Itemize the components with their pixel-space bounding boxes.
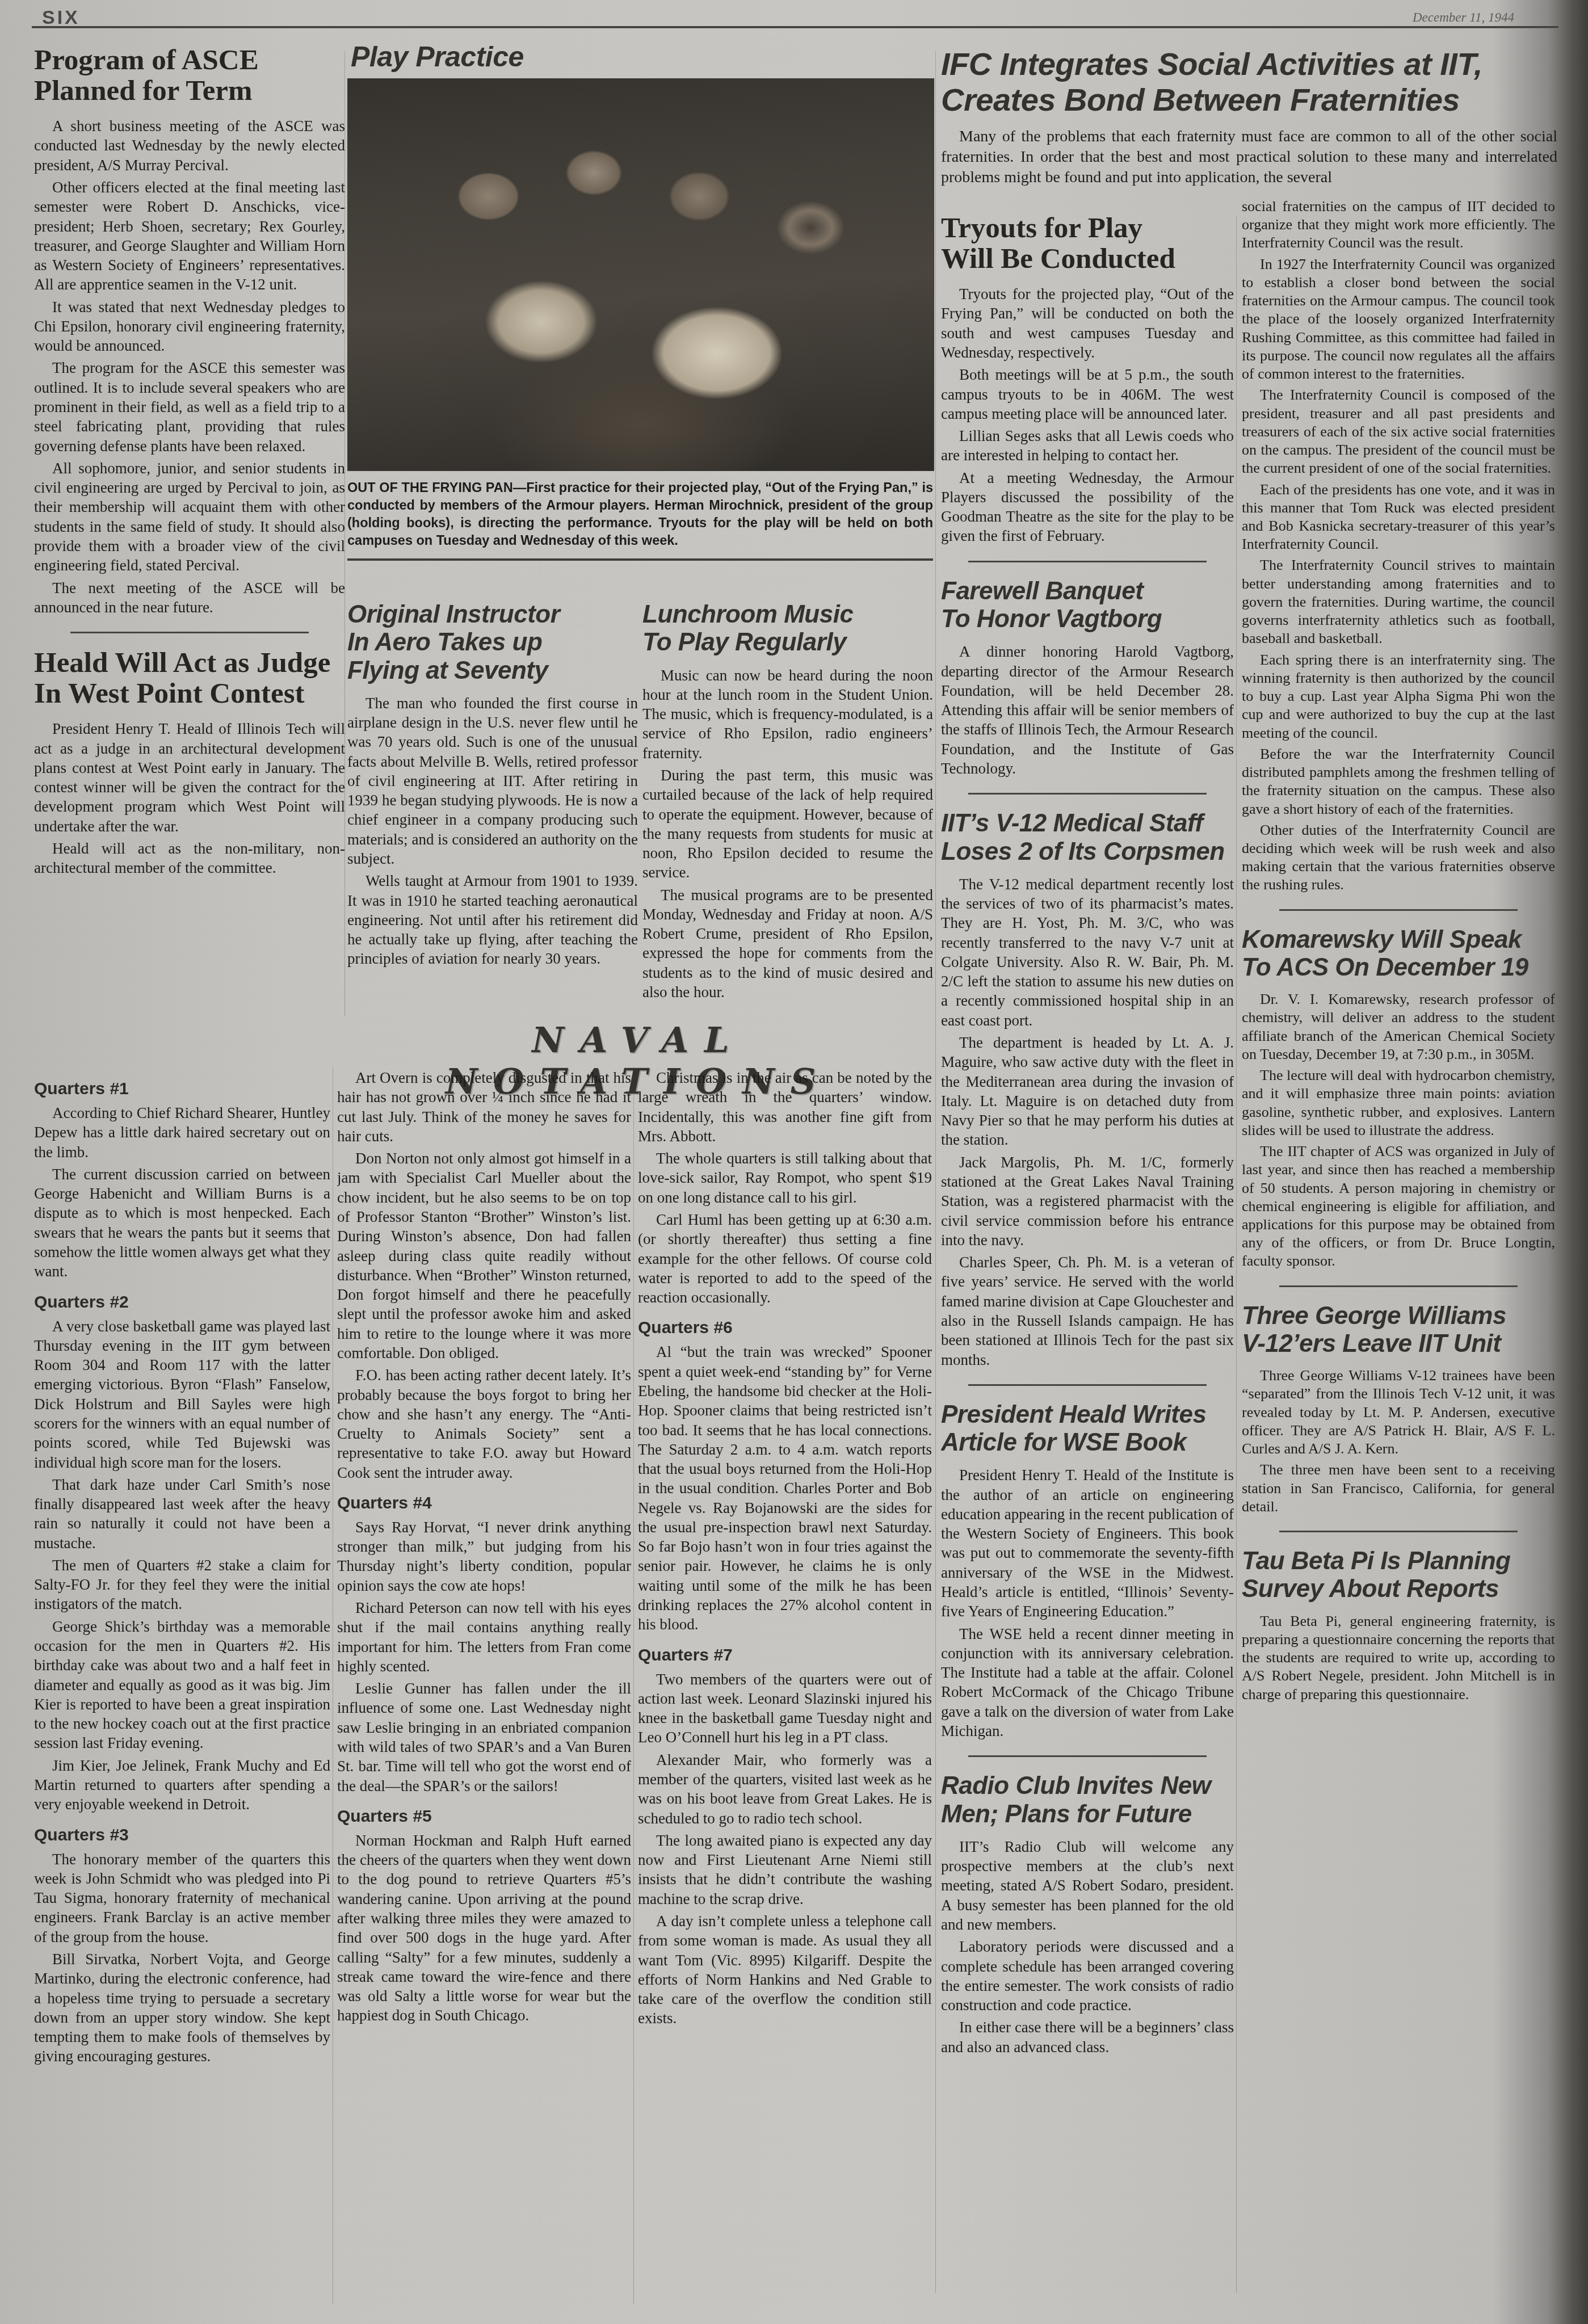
article-title: IFC Integrates Social Activities at IIT,… [941, 47, 1557, 117]
paragraph: social fraternities on the campus of IIT… [1242, 197, 1555, 253]
newspaper-page: SIX December 11, 1944 Program of ASCE Pl… [0, 0, 1588, 2324]
quarters-body: The honorary member of the quarters this… [34, 1850, 330, 2066]
column-rule [333, 1067, 333, 2304]
paragraph: Other officers elected at the final meet… [34, 178, 345, 295]
paragraph: Heald will act as the non-military, non-… [34, 839, 345, 878]
paragraph: The lecture will deal with hydrocarbon c… [1242, 1066, 1555, 1140]
column-rule [1236, 216, 1237, 2293]
article-body: The V-12 medical department recently los… [941, 875, 1234, 1369]
column-rule [935, 51, 936, 2293]
paragraph: A dinner honoring Harold Vagtborg, depar… [941, 642, 1234, 778]
paragraph: Jim Kier, Joe Jelinek, Frank Muchy and E… [34, 1756, 330, 1814]
article-heald-judge: Heald Will Act as Judge In West Point Co… [34, 648, 345, 877]
paragraph: The musical programs are to be presented… [642, 885, 933, 1002]
column-rule [633, 1067, 634, 2304]
paragraph: President Henry T. Heald of the Institut… [941, 1465, 1234, 1621]
photo-caption: OUT OF THE FRYING PAN—First practice for… [347, 479, 933, 549]
article-title: Tryouts for Play Will Be Conducted [941, 213, 1234, 274]
article-title: Tau Beta Pi Is Planning Survey About Rep… [1242, 1547, 1555, 1603]
article-body: President Henry T. Heald of Illinois Tec… [34, 719, 345, 877]
paragraph: The men of Quarters #2 stake a claim for… [34, 1556, 330, 1614]
paragraph: Both meetings will be at 5 p.m., the sou… [941, 365, 1234, 423]
article-body: Tryouts for the projected play, “Out of … [941, 284, 1234, 546]
paragraph: The three men have been sent to a receiv… [1242, 1461, 1555, 1516]
quarters-body: Norman Hockman and Ralph Huft earned the… [337, 1831, 631, 2025]
paragraph: The Interfraternity Council strives to m… [1242, 556, 1555, 648]
article-title: President Heald Writes Article for WSE B… [941, 1401, 1234, 1457]
article-komarewsky: Komarewsky Will Speak To ACS On December… [1242, 926, 1555, 1271]
article-body: IIT’s Radio Club will welcome any prospe… [941, 1837, 1234, 2057]
article-asce: Program of ASCE Planned for Term A short… [34, 45, 345, 617]
naval-column-1: Quarters #1 According to Chief Richard S… [34, 1068, 330, 2311]
original-instructor-column: Original Instructor In Aero Takes up Fly… [347, 600, 638, 1022]
article-original-instructor: Original Instructor In Aero Takes up Fly… [347, 600, 638, 969]
article-divider [968, 561, 1207, 562]
article-tau-beta-pi: Tau Beta Pi Is Planning Survey About Rep… [1242, 1547, 1555, 1704]
paragraph: George Shick’s birthday was a memorable … [34, 1617, 330, 1753]
quarters-body: Says Ray Horvat, “I never drink anything… [337, 1518, 631, 1796]
paragraph: Christmas is in the air as can be noted … [638, 1068, 932, 1146]
naval-column-2: Art Overn is completely disgusted in tha… [337, 1068, 631, 2311]
article-lunchroom-music: Lunchroom Music To Play Regularly Music … [642, 600, 933, 1002]
paragraph: F.O. has been acting rather decent latel… [337, 1365, 631, 1482]
article-title: Komarewsky Will Speak To ACS On December… [1242, 926, 1555, 982]
paragraph: Richard Peterson can now tell with his e… [337, 1598, 631, 1676]
article-divider [968, 793, 1207, 795]
paragraph: Laboratory periods were discussed and a … [941, 1937, 1234, 2015]
article-body: social fraternities on the campus of IIT… [1242, 197, 1555, 894]
paragraph: That dark haze under Carl Smith’s nose f… [34, 1475, 330, 1553]
paragraph: The current discussion carried on betwee… [34, 1165, 330, 1281]
article-body: Music can now be heard during the noon h… [642, 666, 933, 1002]
quarters-body: Two members of the quarters were out of … [638, 1670, 932, 2028]
paragraph: Don Norton not only almost got himself i… [337, 1149, 631, 1363]
paragraph: Before the war the Interfraternity Counc… [1242, 745, 1555, 818]
article-body: Dr. V. I. Komarewsky, research professor… [1242, 990, 1555, 1271]
quarters-body: Al “but the train was wrecked” Spooner s… [638, 1342, 932, 1634]
paragraph: Says Ray Horvat, “I never drink anything… [337, 1518, 631, 1595]
lunchroom-music-column: Lunchroom Music To Play Regularly Music … [642, 600, 933, 1022]
paragraph: Bill Sirvatka, Norbert Vojta, and George… [34, 1949, 330, 2066]
paragraph: President Henry T. Heald of Illinois Tec… [34, 719, 345, 836]
paragraph: Tau Beta Pi, general engineering fratern… [1242, 1612, 1555, 1704]
paragraph: Many of the problems that each fraternit… [941, 127, 1557, 187]
article-title: Farewell Banquet To Honor Vagtborg [941, 577, 1234, 633]
quarters-body: Art Overn is completely disgusted in tha… [337, 1068, 631, 1482]
caption-rule [347, 558, 933, 561]
paragraph: Carl Huml has been getting up at 6:30 a.… [638, 1210, 932, 1307]
quarters-heading: Quarters #5 [337, 1807, 631, 1826]
paragraph: It was stated that next Wednesday pledge… [34, 297, 345, 356]
article-radio-club: Radio Club Invites New Men; Plans for Fu… [941, 1772, 1234, 2057]
ifc-headline-block: IFC Integrates Social Activities at IIT,… [941, 47, 1557, 212]
paragraph: Three George Williams V-12 trainees have… [1242, 1367, 1555, 1458]
paragraph: Charles Speer, Ch. Ph. M. is a veteran o… [941, 1253, 1234, 1369]
article-divider [968, 1384, 1207, 1386]
paragraph: A short business meeting of the ASCE was… [34, 116, 345, 175]
article-divider [1279, 1285, 1518, 1287]
paragraph: The man who founded the first course in … [347, 694, 638, 869]
article-title: Program of ASCE Planned for Term [34, 45, 345, 106]
paragraph: Each spring there is an interfraternity … [1242, 651, 1555, 742]
paragraph: A day isn’t complete unless a telephone … [638, 1911, 932, 2028]
paragraph: The long awaited piano is expected any d… [638, 1831, 932, 1909]
paragraph: The IIT chapter of ACS was organized in … [1242, 1142, 1555, 1271]
naval-column-3: Christmas is in the air as can be noted … [638, 1068, 932, 2311]
article-divider [70, 632, 309, 633]
article-body: Tau Beta Pi, general engineering fratern… [1242, 1612, 1555, 1704]
photo-kicker: Play Practice [351, 41, 933, 73]
article-divider [1279, 1531, 1518, 1532]
paragraph: IIT’s Radio Club will welcome any prospe… [941, 1837, 1234, 1934]
article-body: President Henry T. Heald of the Institut… [941, 1465, 1234, 1741]
article-title: Radio Club Invites New Men; Plans for Fu… [941, 1772, 1234, 1828]
paragraph: The V-12 medical department recently los… [941, 875, 1234, 1030]
paragraph: Wells taught at Armour from 1901 to 1939… [347, 871, 638, 968]
paragraph: Al “but the train was wrecked” Spooner s… [638, 1342, 932, 1634]
article-title: Three George Williams V-12’ers Leave IIT… [1242, 1302, 1555, 1358]
paragraph: During the past term, this music was cur… [642, 766, 933, 882]
article-heald-wse: President Heald Writes Article for WSE B… [941, 1401, 1234, 1741]
quarters-heading: Quarters #6 [638, 1318, 932, 1338]
quarters-heading: Quarters #2 [34, 1293, 330, 1312]
paragraph: Leslie Gunner has fallen under the ill i… [337, 1679, 631, 1796]
paragraph: Other duties of the Interfraternity Coun… [1242, 821, 1555, 894]
article-body: Three George Williams V-12 trainees have… [1242, 1367, 1555, 1516]
paragraph: The department is headed by Lt. A. J. Ma… [941, 1033, 1234, 1150]
article-title: Lunchroom Music To Play Regularly [642, 600, 933, 657]
paragraph: Jack Margolis, Ph. M. 1/C, formerly stat… [941, 1153, 1234, 1250]
article-three-george-williams: Three George Williams V-12’ers Leave IIT… [1242, 1302, 1555, 1516]
quarters-heading: Quarters #1 [34, 1079, 330, 1099]
quarters-body: According to Chief Richard Shearer, Hunt… [34, 1103, 330, 1281]
article-ifc-head: IFC Integrates Social Activities at IIT,… [941, 47, 1557, 187]
article-divider [968, 1755, 1207, 1757]
article-title: IIT’s V-12 Medical Staff Loses 2 of Its … [941, 809, 1234, 865]
paragraph: Dr. V. I. Komarewsky, research professor… [1242, 990, 1555, 1064]
article-farewell: Farewell Banquet To Honor Vagtborg A din… [941, 577, 1234, 779]
article-title: Original Instructor In Aero Takes up Fly… [347, 600, 638, 684]
photo-block: Play Practice OUT OF THE FRYING PAN—Firs… [347, 41, 933, 594]
article-title: Heald Will Act as Judge In West Point Co… [34, 648, 345, 709]
quarters-body: Christmas is in the air as can be noted … [638, 1068, 932, 1307]
article-body: A short business meeting of the ASCE was… [34, 116, 345, 617]
paragraph: The next meeting of the ASCE will be ann… [34, 578, 345, 617]
paragraph: Norman Hockman and Ralph Huft earned the… [337, 1831, 631, 2025]
top-rule [32, 26, 1558, 28]
quarters-heading: Quarters #3 [34, 1826, 330, 1845]
paragraph: At a meeting Wednesday, the Armour Playe… [941, 468, 1234, 546]
paragraph: All sophomore, junior, and senior studen… [34, 459, 345, 575]
left-column: Program of ASCE Planned for Term A short… [34, 45, 345, 1019]
paragraph: Each of the presidents has one vote, and… [1242, 481, 1555, 554]
paragraph: Music can now be heard during the noon h… [642, 666, 933, 763]
paragraph: Alexander Mair, who formerly was a membe… [638, 1750, 932, 1828]
paragraph: According to Chief Richard Shearer, Hunt… [34, 1103, 330, 1162]
paragraph: The Interfraternity Council is composed … [1242, 386, 1555, 477]
paragraph: In 1927 the Interfraternity Council was … [1242, 255, 1555, 384]
article-v12-medical: IIT’s V-12 Medical Staff Loses 2 of Its … [941, 809, 1234, 1369]
far-right-column: social fraternities on the campus of IIT… [1242, 197, 1555, 2297]
play-practice-photo [347, 78, 934, 471]
article-body: The man who founded the first course in … [347, 694, 638, 969]
paragraph: Two members of the quarters were out of … [638, 1670, 932, 1747]
paragraph: The WSE held a recent dinner meeting in … [941, 1624, 1234, 1741]
article-tryouts: Tryouts for Play Will Be Conducted Tryou… [941, 213, 1234, 546]
quarters-heading: Quarters #4 [337, 1494, 631, 1513]
paragraph: The program for the ASCE this semester w… [34, 358, 345, 455]
quarters-body: A very close basketball game was played … [34, 1317, 330, 1814]
paragraph: In either case there will be a beginners… [941, 2018, 1234, 2057]
mid-right-column: Tryouts for Play Will Be Conducted Tryou… [941, 213, 1234, 2291]
article-divider [1279, 909, 1518, 911]
paragraph: The whole quarters is still talking abou… [638, 1149, 932, 1207]
page-date: December 11, 1944 [1413, 10, 1514, 25]
paragraph: Art Overn is completely disgusted in tha… [337, 1068, 631, 1146]
article-body: A dinner honoring Harold Vagtborg, depar… [941, 642, 1234, 778]
quarters-heading: Quarters #7 [638, 1646, 932, 1665]
article-ifc-body: social fraternities on the campus of IIT… [1242, 197, 1555, 894]
paragraph: Tryouts for the projected play, “Out of … [941, 284, 1234, 362]
paragraph: A very close basketball game was played … [34, 1317, 330, 1472]
paragraph: The honorary member of the quarters this… [34, 1850, 330, 1947]
paragraph: Lillian Seges asks that all Lewis coeds … [941, 426, 1234, 465]
